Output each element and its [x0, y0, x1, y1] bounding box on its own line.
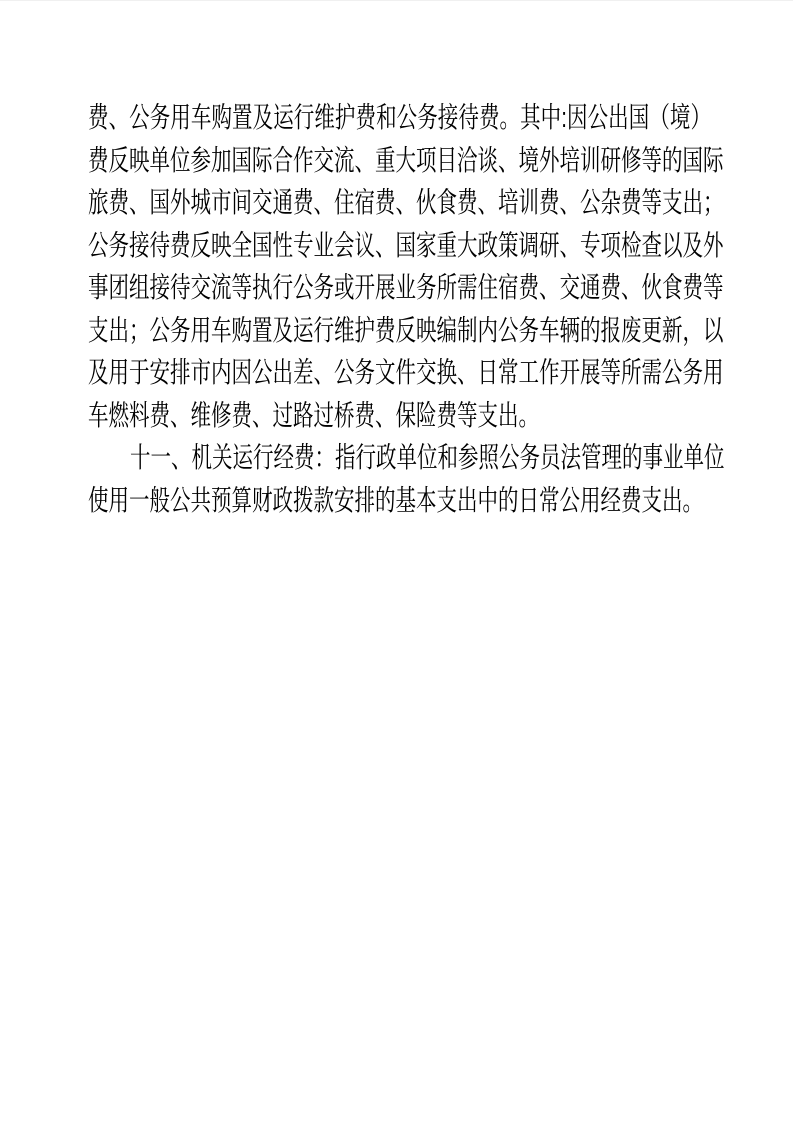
- document-text-block: 费、公务用车购置及运行维护费和公务接待费。其中:因公出国（境） 费反映单位参加国…: [88, 98, 711, 523]
- text-line: 使用一般公共预算财政拨款安排的基本支出中的日常公用经费支出。: [88, 472, 711, 531]
- paragraph-agency-operating-funds: 十一、机关运行经费：指行政单位和参照公务员法管理的事业单位 使用一般公共预算财政…: [88, 438, 711, 523]
- paragraph-three-public-funds: 费、公务用车购置及运行维护费和公务接待费。其中:因公出国（境） 费反映单位参加国…: [88, 98, 711, 438]
- document-page: 费、公务用车购置及运行维护费和公务接待费。其中:因公出国（境） 费反映单位参加国…: [0, 0, 793, 1122]
